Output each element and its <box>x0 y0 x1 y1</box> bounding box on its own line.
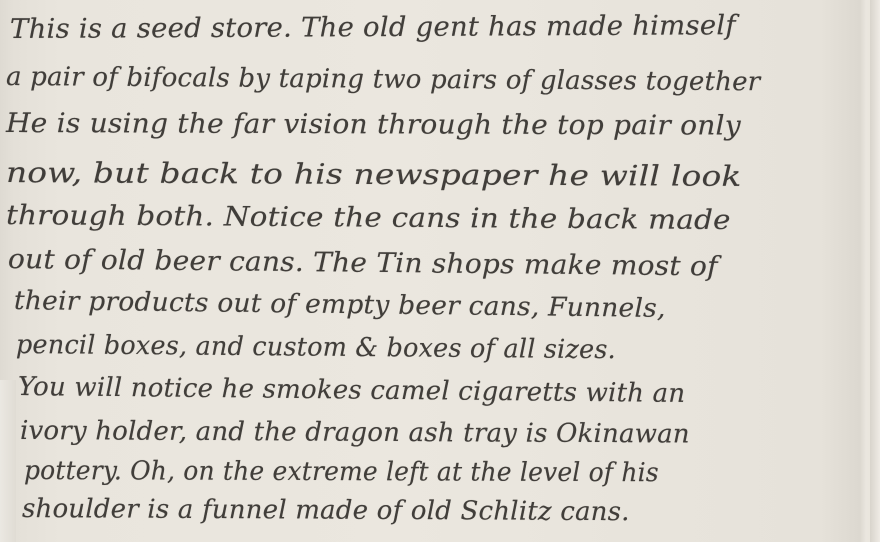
text-line-1: This is a seed store. The old gent has m… <box>10 10 736 45</box>
text-line-12: shoulder is a funnel made of old Schlitz… <box>22 494 630 527</box>
text-line-9: You will notice he smokes camel cigarett… <box>18 372 686 409</box>
text-line-7: their products out of empty beer cans, F… <box>14 286 666 324</box>
text-line-2: a pair of bifocals by taping two pairs o… <box>6 62 761 97</box>
text-line-4: now, but back to his newspaper he will l… <box>6 156 742 193</box>
text-line-11: pottery. Oh, on the extreme left at the … <box>24 456 659 488</box>
text-line-3: He is using the far vision through the t… <box>6 108 741 142</box>
text-line-5: through both. Notice the cans in the bac… <box>6 200 731 236</box>
handwritten-page: This is a seed store. The old gent has m… <box>0 0 880 542</box>
text-line-6: out of old beer cans. The Tin shops make… <box>8 244 718 282</box>
text-line-10: ivory holder, and the dragon ash tray is… <box>20 416 690 450</box>
text-line-8: pencil boxes, and custom & boxes of all … <box>16 330 616 365</box>
handwritten-text: This is a seed store. The old gent has m… <box>6 0 876 542</box>
